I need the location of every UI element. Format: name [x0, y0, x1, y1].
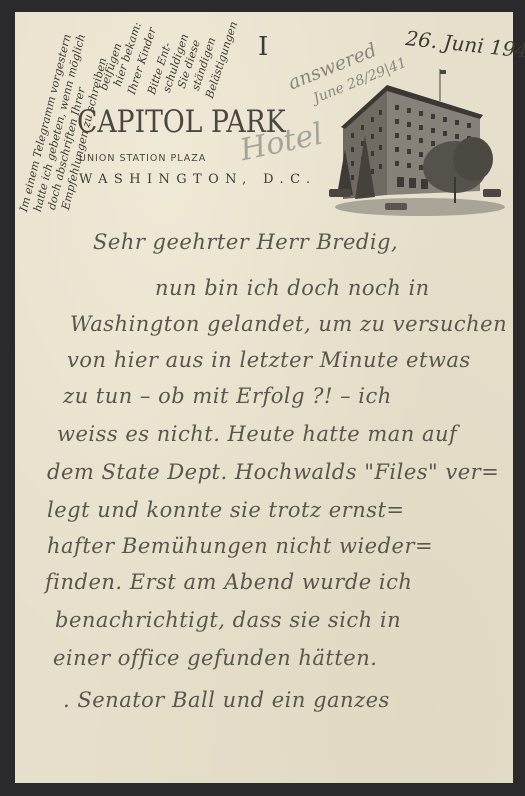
body-line-10: benachrichtigt, dass sie sich in: [55, 608, 401, 632]
body-line-3: von hier aus in letzter Minute etwas: [67, 348, 471, 372]
body-line-6: dem State Dept. Hochwalds "Files" ver=: [47, 460, 499, 484]
salutation: Sehr geehrter Herr Bredig,: [93, 230, 398, 254]
body-line-8: hafter Bemühungen nicht wieder=: [47, 534, 433, 558]
body-line-7: legt und konnte sie trotz ernst=: [47, 498, 405, 522]
body-line-4: zu tun – ob mit Erfolg ?! – ich: [63, 384, 392, 408]
body-line-2: Washington gelandet, um zu versuchen: [70, 312, 507, 336]
letter-date: 26. Juni 1941: [404, 26, 525, 64]
body-line-11: einer office gefunden hätten.: [53, 646, 377, 670]
body-line-5: weiss es nicht. Heute hatte man auf: [57, 422, 457, 446]
roman-numeral-mark: I: [258, 32, 268, 62]
body-line-1: nun bin ich doch noch in: [155, 276, 430, 300]
body-line-12: . Senator Ball und ein ganzes: [63, 688, 390, 712]
hotel-address: UNION STATION PLAZA: [79, 153, 206, 164]
hotel-city: WASHINGTON, D.C.: [79, 172, 316, 187]
body-line-9: finden. Erst am Abend wurde ich: [45, 570, 412, 594]
letter-page: CAPITOL PARK Hotel UNION STATION PLAZA W…: [15, 12, 513, 783]
